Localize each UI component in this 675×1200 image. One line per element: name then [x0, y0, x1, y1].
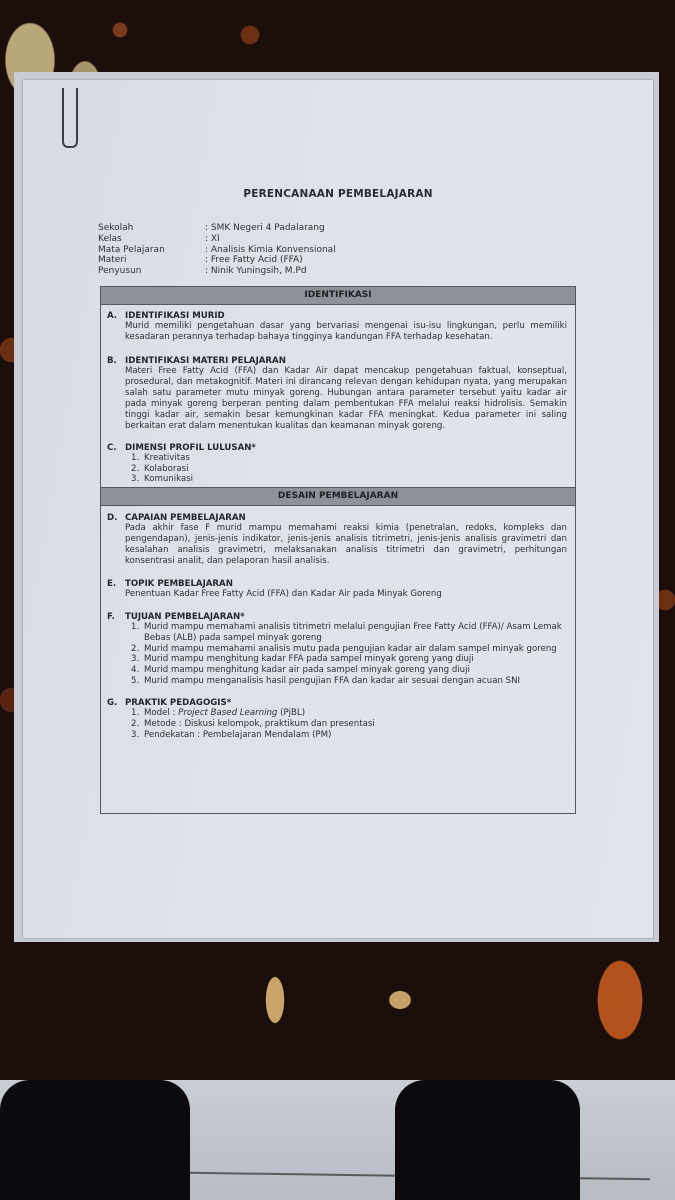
section-title: CAPAIAN PEMBELAJARAN [125, 513, 246, 523]
list-item: 2.Kolaborasi [131, 464, 567, 475]
meta-row-materi: Materi : Free Fatty Acid (FFA) [98, 255, 336, 266]
list-item: 1. Model : Project Based Learning (PjBL) [131, 708, 567, 719]
list-item: 3. Pendekatan : Pembelajaran Mendalam (P… [131, 730, 567, 741]
meta-row-mata-pelajaran: Mata Pelajaran : Analisis Kimia Konvensi… [98, 245, 336, 256]
section-heading: D. CAPAIAN PEMBELAJARAN [107, 513, 567, 523]
band-identifikasi: IDENTIFIKASI [101, 287, 575, 305]
list-item: 1.Kreativitas [131, 453, 567, 464]
section-title: PRAKTIK PEDAGOGIS* [125, 698, 231, 708]
meta-value: : Ninik Yuningsih, M.Pd [205, 266, 307, 277]
list-text: Komunikasi [144, 474, 193, 485]
list-item: 4.Murid mampu menghitung kadar air pada … [131, 665, 567, 676]
left-foot [0, 1080, 190, 1200]
list-text: Murid mampu memahami analisis mutu pada … [144, 644, 557, 655]
section-title: TUJUAN PEMBELAJARAN* [125, 612, 245, 622]
document-meta: Sekolah : SMK Negeri 4 Padalarang Kelas … [98, 223, 336, 277]
item-value: Pembelajaran Mendalam (PM) [203, 730, 332, 740]
list-item: 3.Komunikasi [131, 474, 567, 485]
list-number: 1. [131, 453, 144, 464]
section-heading: A. IDENTIFIKASI MURID [107, 311, 567, 321]
section-body: Murid memiliki pengetahuan dasar yang be… [107, 321, 567, 343]
section-title: TOPIK PEMBELAJARAN [125, 579, 233, 589]
page-title: PERENCANAAN PEMBELAJARAN [23, 188, 653, 200]
list-number: 2. [131, 719, 144, 730]
section-title: IDENTIFIKASI MURID [125, 311, 225, 321]
section-letter: B. [107, 356, 125, 366]
section-heading: C. DIMENSI PROFIL LULUSAN* [107, 443, 567, 453]
document-page: PERENCANAAN PEMBELAJARAN Sekolah : SMK N… [23, 80, 653, 938]
section-e: E. TOPIK PEMBELAJARAN Penentuan Kadar Fr… [101, 579, 575, 600]
section-letter: F. [107, 612, 125, 622]
section-title: IDENTIFIKASI MATERI PELAJARAN [125, 356, 286, 366]
meta-row-kelas: Kelas : XI [98, 234, 336, 245]
meta-label: Mata Pelajaran [98, 245, 205, 256]
item-label: Model : [144, 708, 178, 718]
right-foot [395, 1080, 580, 1200]
list-text: Kolaborasi [144, 464, 189, 475]
meta-row-sekolah: Sekolah : SMK Negeri 4 Padalarang [98, 223, 336, 234]
section-g: G. PRAKTIK PEDAGOGIS* 1. Model : Project… [101, 698, 575, 740]
list-text: Model : Project Based Learning (PjBL) [144, 708, 305, 719]
meta-label: Penyusun [98, 266, 205, 277]
meta-value: : XI [205, 234, 220, 245]
meta-label: Kelas [98, 234, 205, 245]
list-item: 2. Metode : Diskusi kelompok, praktikum … [131, 719, 567, 730]
paperclip-icon [62, 88, 78, 148]
list-number: 2. [131, 644, 144, 655]
section-body: Pada akhir fase F murid mampu memahami r… [107, 523, 567, 567]
list-text: Metode : Diskusi kelompok, praktikum dan… [144, 719, 375, 730]
list-number: 1. [131, 622, 144, 643]
section-letter: G. [107, 698, 125, 708]
section-letter: D. [107, 513, 125, 523]
list-number: 3. [131, 474, 144, 485]
section-a: A. IDENTIFIKASI MURID Murid memiliki pen… [101, 311, 575, 343]
list-text: Murid mampu menganalisis hasil pengujian… [144, 676, 520, 687]
list-text: Murid mampu menghitung kadar FFA pada sa… [144, 654, 474, 665]
list-number: 3. [131, 730, 144, 741]
objectives-list: 1.Murid mampu memahami analisis titrimet… [107, 622, 567, 686]
list-number: 2. [131, 464, 144, 475]
section-letter: C. [107, 443, 125, 453]
section-title: DIMENSI PROFIL LULUSAN* [125, 443, 256, 453]
list-item: 3.Murid mampu menghitung kadar FFA pada … [131, 654, 567, 665]
list-number: 4. [131, 665, 144, 676]
item-italic: Project Based Learning [178, 708, 277, 718]
list-number: 3. [131, 654, 144, 665]
section-f: F. TUJUAN PEMBELAJARAN* 1.Murid mampu me… [101, 612, 575, 686]
tile-floor [0, 1080, 675, 1200]
list-text: Murid mampu menghitung kadar air pada sa… [144, 665, 470, 676]
list-number: 5. [131, 676, 144, 687]
section-b: B. IDENTIFIKASI MATERI PELAJARAN Materi … [101, 356, 575, 432]
meta-value: : SMK Negeri 4 Padalarang [205, 223, 325, 234]
item-value: (PjBL) [277, 708, 305, 718]
section-letter: E. [107, 579, 125, 589]
item-label: Metode : [144, 719, 184, 729]
profile-list: 1.Kreativitas 2.Kolaborasi 3.Komunikasi [107, 453, 567, 485]
section-heading: G. PRAKTIK PEDAGOGIS* [107, 698, 567, 708]
band-desain-pembelajaran: DESAIN PEMBELAJARAN [101, 487, 575, 506]
list-item: 1.Murid mampu memahami analisis titrimet… [131, 622, 567, 643]
meta-label: Sekolah [98, 223, 205, 234]
meta-value: : Analisis Kimia Konvensional [205, 245, 336, 256]
list-number: 1. [131, 708, 144, 719]
section-c: C. DIMENSI PROFIL LULUSAN* 1.Kreativitas… [101, 443, 575, 485]
pedagogy-list: 1. Model : Project Based Learning (PjBL)… [107, 708, 567, 740]
meta-value: : Free Fatty Acid (FFA) [205, 255, 303, 266]
meta-label: Materi [98, 255, 205, 266]
section-body: Penentuan Kadar Free Fatty Acid (FFA) da… [107, 589, 567, 600]
section-letter: A. [107, 311, 125, 321]
list-item: 5.Murid mampu menganalisis hasil penguji… [131, 676, 567, 687]
list-text: Kreativitas [144, 453, 190, 464]
list-text: Pendekatan : Pembelajaran Mendalam (PM) [144, 730, 331, 741]
meta-row-penyusun: Penyusun : Ninik Yuningsih, M.Pd [98, 266, 336, 277]
item-value: Diskusi kelompok, praktikum dan presenta… [184, 719, 374, 729]
section-body: Materi Free Fatty Acid (FFA) dan Kadar A… [107, 366, 567, 432]
section-heading: F. TUJUAN PEMBELAJARAN* [107, 612, 567, 622]
list-text: Murid mampu memahami analisis titrimetri… [144, 622, 567, 643]
section-heading: E. TOPIK PEMBELAJARAN [107, 579, 567, 589]
lesson-plan-table: IDENTIFIKASI A. IDENTIFIKASI MURID Murid… [100, 286, 576, 814]
section-d: D. CAPAIAN PEMBELAJARAN Pada akhir fase … [101, 513, 575, 567]
item-label: Pendekatan : [144, 730, 203, 740]
list-item: 2.Murid mampu memahami analisis mutu pad… [131, 644, 567, 655]
section-heading: B. IDENTIFIKASI MATERI PELAJARAN [107, 356, 567, 366]
